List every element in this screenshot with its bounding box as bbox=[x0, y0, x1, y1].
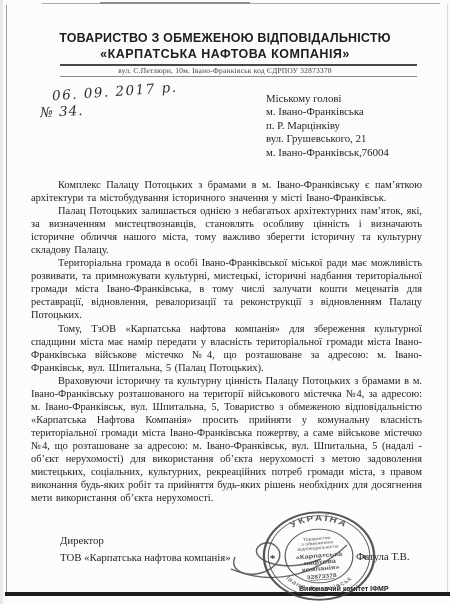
paragraph-1: Комплекс Палацу Потоцьких з брамами в м.… bbox=[31, 179, 422, 205]
company-round-stamp: УКРАЇНА Івано-Франківськ ✱ ✱ Товариство … bbox=[261, 510, 377, 602]
signer-position-line2: ТОВ «Карпатська нафтова компанія» bbox=[60, 550, 231, 567]
page-border-right bbox=[447, 4, 448, 594]
scan-edge-shadow bbox=[0, 0, 3, 604]
handwritten-ref-number: № 34. bbox=[40, 103, 84, 121]
scanned-letter-page: ТОВАРИСТВО З ОБМЕЖЕНОЮ ВІДПОВІДАЛЬНІСТЮ … bbox=[0, 0, 450, 604]
company-name-line2: «КАРПАТСЬКА НАФТОВА КОМПАНІЯ» bbox=[0, 48, 450, 61]
addressee-line: вул. Грушевського, 21 bbox=[266, 133, 389, 146]
paragraph-4: Тому, ТзОВ «Карпатська нафтова компанія»… bbox=[31, 323, 422, 375]
addressee-block: Міському голові м. Івано-Франківська п. … bbox=[266, 93, 389, 160]
page-border-top-smudge bbox=[100, 2, 250, 4]
stamp-center-text: Товариство з обмеженою відповідальністю … bbox=[293, 535, 346, 582]
handwritten-date: 06. 09. 2017 р. bbox=[52, 80, 178, 105]
addressee-line: п. Р. Марцінківу bbox=[266, 120, 389, 133]
stamp-star-left-icon: ✱ bbox=[270, 555, 276, 561]
signature-block: Директор ТОВ «Карпатська нафтова компані… bbox=[60, 533, 231, 566]
signer-position-line1: Директор bbox=[60, 533, 231, 550]
company-name-line1: ТОВАРИСТВО З ОБМЕЖЕНОЮ ВІДПОВІДАЛЬНІСТЮ bbox=[0, 32, 450, 45]
letterhead-rule-bottom bbox=[60, 76, 417, 77]
addressee-line: м. Івано-Франківська bbox=[266, 106, 389, 119]
letter-body: Комплекс Палацу Потоцьких з брамами в м.… bbox=[31, 179, 422, 505]
addressee-line: Міському голові bbox=[266, 93, 389, 106]
paragraph-3: Територіальна громада в особі Івано-Фран… bbox=[31, 257, 422, 322]
letterhead-address: вул. С.Петлюри, 10м. Івано-Франківськ ко… bbox=[0, 66, 450, 75]
paragraph-5: Враховуючи історичну та культурну цінніс… bbox=[31, 375, 422, 505]
addressee-line: м. Івано-Франківськ,76004 bbox=[266, 147, 389, 160]
stamp-star-right-icon: ✱ bbox=[362, 555, 368, 561]
letterhead: ТОВАРИСТВО З ОБМЕЖЕНОЮ ВІДПОВІДАЛЬНІСТЮ … bbox=[0, 32, 450, 61]
paragraph-2: Палац Потоцьких залишається однією з неб… bbox=[31, 205, 422, 257]
page-border-left bbox=[6, 5, 7, 595]
